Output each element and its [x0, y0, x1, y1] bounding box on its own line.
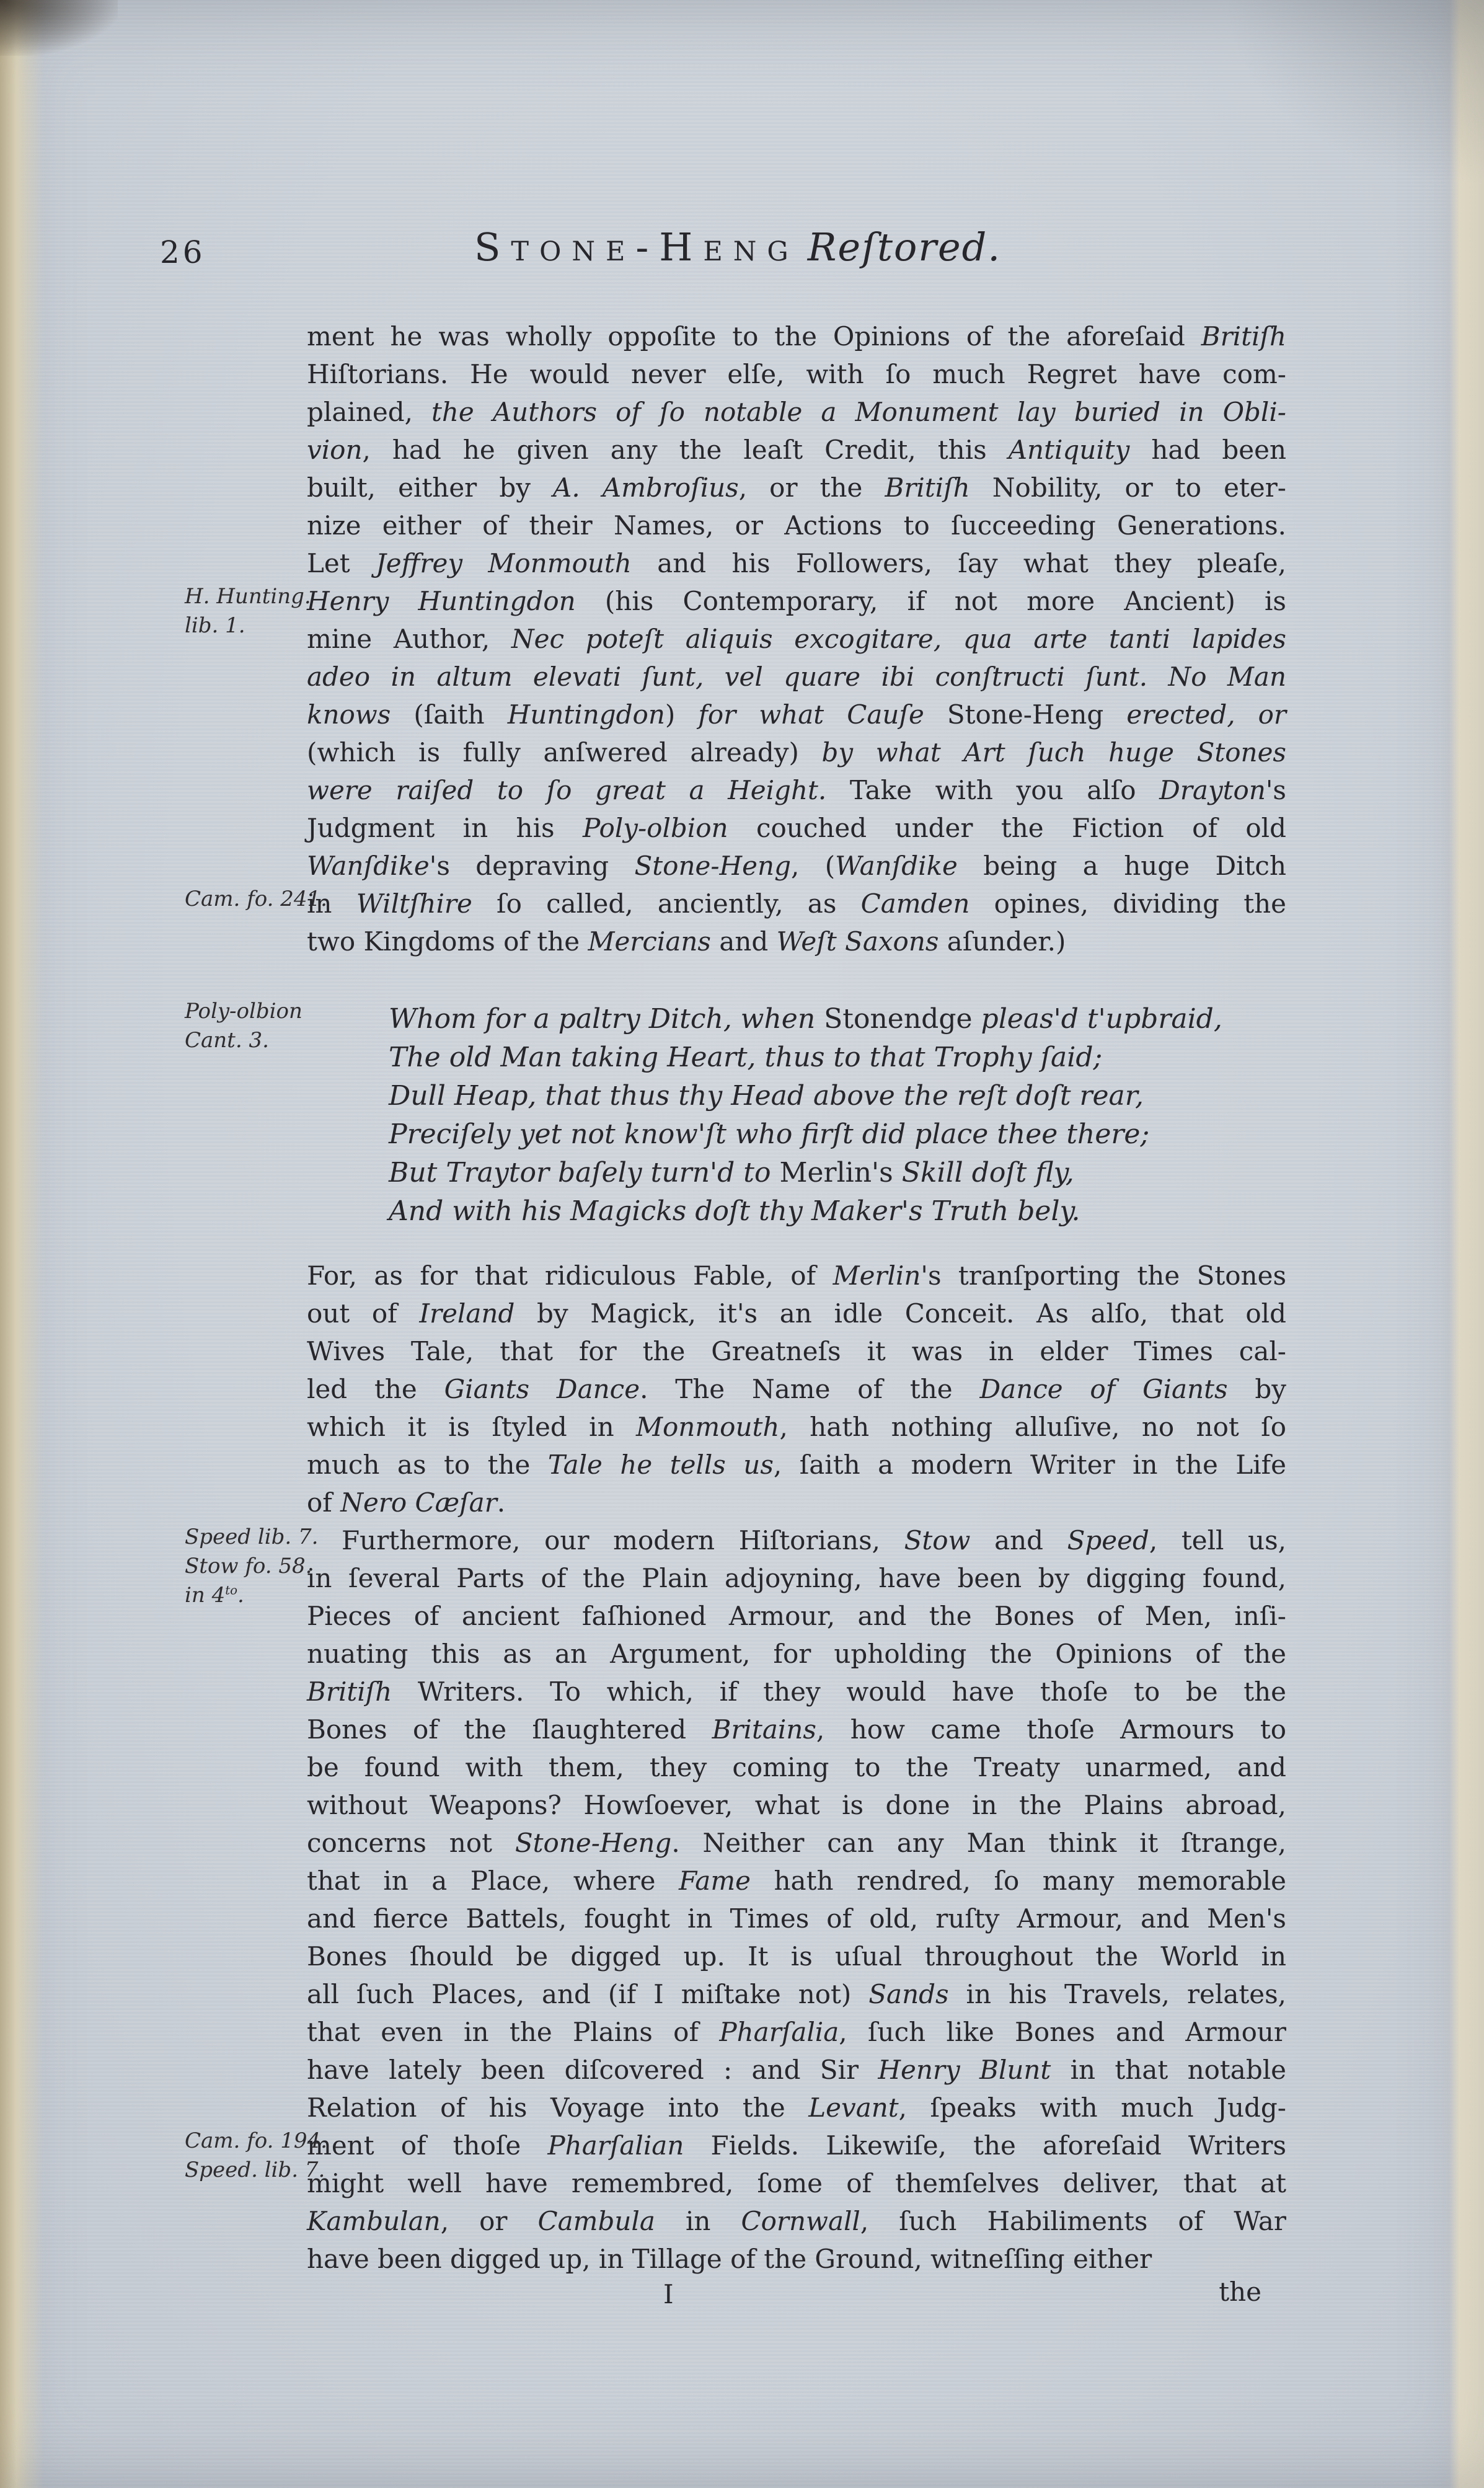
text-line: Bones ſhould be digged up. It is uſual t… [307, 1937, 1286, 1975]
text-line: Kambulan, or Cambula in Cornwall, ſuch H… [307, 2202, 1286, 2240]
text-line: adeo in altum elevati ſunt, vel quare ib… [307, 658, 1286, 696]
text-line: led the Giants Dance. The Name of the Da… [307, 1370, 1286, 1408]
scan-corner-shade [1224, 0, 1484, 186]
catchword: the [1219, 2277, 1261, 2307]
text-line: Cam. fo. 241. [185, 885, 327, 914]
text-line: Wanſdike's depraving Stone-Heng, (Wanſdi… [307, 847, 1286, 885]
text-line: Britiſh Writers. To which, if they would… [307, 1673, 1286, 1711]
text-column: ment he was wholly oppoſite to the Opini… [307, 317, 1286, 2318]
text-line: lib. 1. [185, 611, 311, 640]
text-line: without Weapons? Howſoever, what is done… [307, 1786, 1286, 1824]
text-line: concerns not Stone-Heng. Neither can any… [307, 1824, 1286, 1862]
text-line: Furthermore, our modern Hiſtorians, Stow… [307, 1521, 1286, 1559]
margin-note-speed-stow: Speed lib. 7.Stow fo. 58.in 4to. [185, 1523, 318, 1610]
text-line: Poly-olbion [185, 997, 303, 1026]
footer-line: I the [307, 2279, 1286, 2318]
text-line: nuating this as an Argument, for upholdi… [307, 1635, 1286, 1673]
text-line: And with his Magicks doſt thy Maker's Tr… [389, 1192, 1286, 1231]
text-line: Whom for a paltry Ditch, when Stonendge … [389, 1000, 1286, 1038]
text-line: have been digged up, in Tillage of the G… [307, 2240, 1286, 2278]
text-line: ment of thoſe Pharſalian Fields. Likewiſ… [307, 2127, 1286, 2164]
text-line: Henry Huntingdon (his Contemporary, if n… [307, 582, 1286, 620]
text-line: Speed. lib. 7. [185, 2156, 327, 2185]
text-line: have lately been diſcovered : and Sir He… [307, 2051, 1286, 2089]
scan-corner-shadow [0, 0, 118, 56]
text-line: were raiſed to ſo great a Height. Take w… [307, 771, 1286, 809]
text-line: Let Jeffrey Monmouth and his Followers, … [307, 544, 1286, 582]
running-header-title: Stone-Heng [474, 224, 799, 270]
text-line: But Traytor baſely turn'd to Merlin's Sk… [389, 1154, 1286, 1192]
text-line: that in a Place, where Fame hath rendred… [307, 1862, 1286, 1900]
text-line: plained, the Authors of ſo notable a Mon… [307, 393, 1286, 431]
page-right-edge [1439, 0, 1484, 2488]
text-line: that even in the Plains of Pharſalia, ſu… [307, 2013, 1286, 2051]
text-line: which it is ſtyled in Monmouth, hath not… [307, 1408, 1286, 1446]
text-line: Preciſely yet not know'ſt who firſt did … [389, 1115, 1286, 1154]
text-line: in ſeveral Parts of the Plain adjoyning,… [307, 1559, 1286, 1597]
text-line: be found with them, they coming to the T… [307, 1748, 1286, 1786]
text-line: Relation of his Voyage into the Levant, … [307, 2089, 1286, 2127]
text-line: all ſuch Places, and (if I miſtake not) … [307, 1975, 1286, 2013]
text-line: mine Author, Nec poteſt aliquis excogita… [307, 620, 1286, 658]
text-line: out of Ireland by Magick, it's an idle C… [307, 1295, 1286, 1332]
running-header-subtitle: Reſtored. [808, 224, 1001, 270]
text-line: Pieces of ancient faſhioned Armour, and … [307, 1597, 1286, 1635]
polyolbion-verse-quote: Whom for a paltry Ditch, when Stonendge … [307, 1000, 1286, 1231]
margin-note-polyolbion: Poly-olbionCant. 3. [185, 997, 303, 1055]
text-line: of Nero Cæſar. [307, 1484, 1286, 1521]
margin-note-huntingdon: H. Hunting.lib. 1. [185, 582, 311, 640]
text-line: Wives Tale, that for the Greatneſs it wa… [307, 1332, 1286, 1370]
text-line: much as to the Tale he tells us, ſaith a… [307, 1446, 1286, 1484]
text-line: Stow fo. 58. [185, 1552, 318, 1581]
running-header: Stone-HengReſtored. [248, 224, 1227, 270]
signature-mark: I [663, 2279, 674, 2309]
text-line: knows (ſaith Huntingdon) for what Cauſe … [307, 696, 1286, 733]
text-line: Cam. fo. 194. [185, 2127, 327, 2156]
page-left-edge [0, 0, 43, 2488]
text-line: (which is fully anſwered already) by wha… [307, 733, 1286, 771]
text-line: ment he was wholly oppoſite to the Opini… [307, 317, 1286, 355]
text-line: Cant. 3. [185, 1026, 303, 1055]
text-line: For, as for that ridiculous Fable, of Me… [307, 1257, 1286, 1295]
book-page-scan: 26 Stone-HengReſtored. H. Hunting.lib. 1… [0, 0, 1484, 2488]
text-line: Judgment in his Poly-olbion couched unde… [307, 809, 1286, 847]
text-line: Bones of the ſlaughtered Britains, how c… [307, 1711, 1286, 1748]
text-line: H. Hunting. [185, 582, 311, 611]
text-line: Speed lib. 7. [185, 1523, 318, 1552]
text-line: in Wiltſhire ſo called, anciently, as Ca… [307, 885, 1286, 923]
text-line: nize either of their Names, or Actions t… [307, 507, 1286, 544]
page-number: 26 [160, 234, 206, 270]
paragraph-furthermore: Furthermore, our modern Hiſtorians, Stow… [307, 1521, 1286, 2278]
text-line: built, either by A. Ambroſius, or the Br… [307, 469, 1286, 507]
text-line: The old Man taking Heart, thus to that T… [389, 1038, 1286, 1077]
text-line: two Kingdoms of the Mercians and Weſt Sa… [307, 923, 1286, 960]
paragraph-historians: ment he was wholly oppoſite to the Opini… [307, 317, 1286, 960]
text-line: in 4to. [185, 1581, 318, 1610]
margin-note-camden-241: Cam. fo. 241. [185, 885, 327, 914]
text-line: might well have remembred, ſome of themſ… [307, 2164, 1286, 2202]
margin-note-camden-194: Cam. fo. 194.Speed. lib. 7. [185, 2127, 327, 2185]
text-line: and fierce Battels, fought in Times of o… [307, 1900, 1286, 1937]
text-line: Hiſtorians. He would never elſe, with ſo… [307, 355, 1286, 393]
paragraph-merlin-fable: For, as for that ridiculous Fable, of Me… [307, 1257, 1286, 1521]
text-line: vion, had he given any the leaſt Credit,… [307, 431, 1286, 469]
text-line: Dull Heap, that thus thy Head above the … [389, 1077, 1286, 1115]
